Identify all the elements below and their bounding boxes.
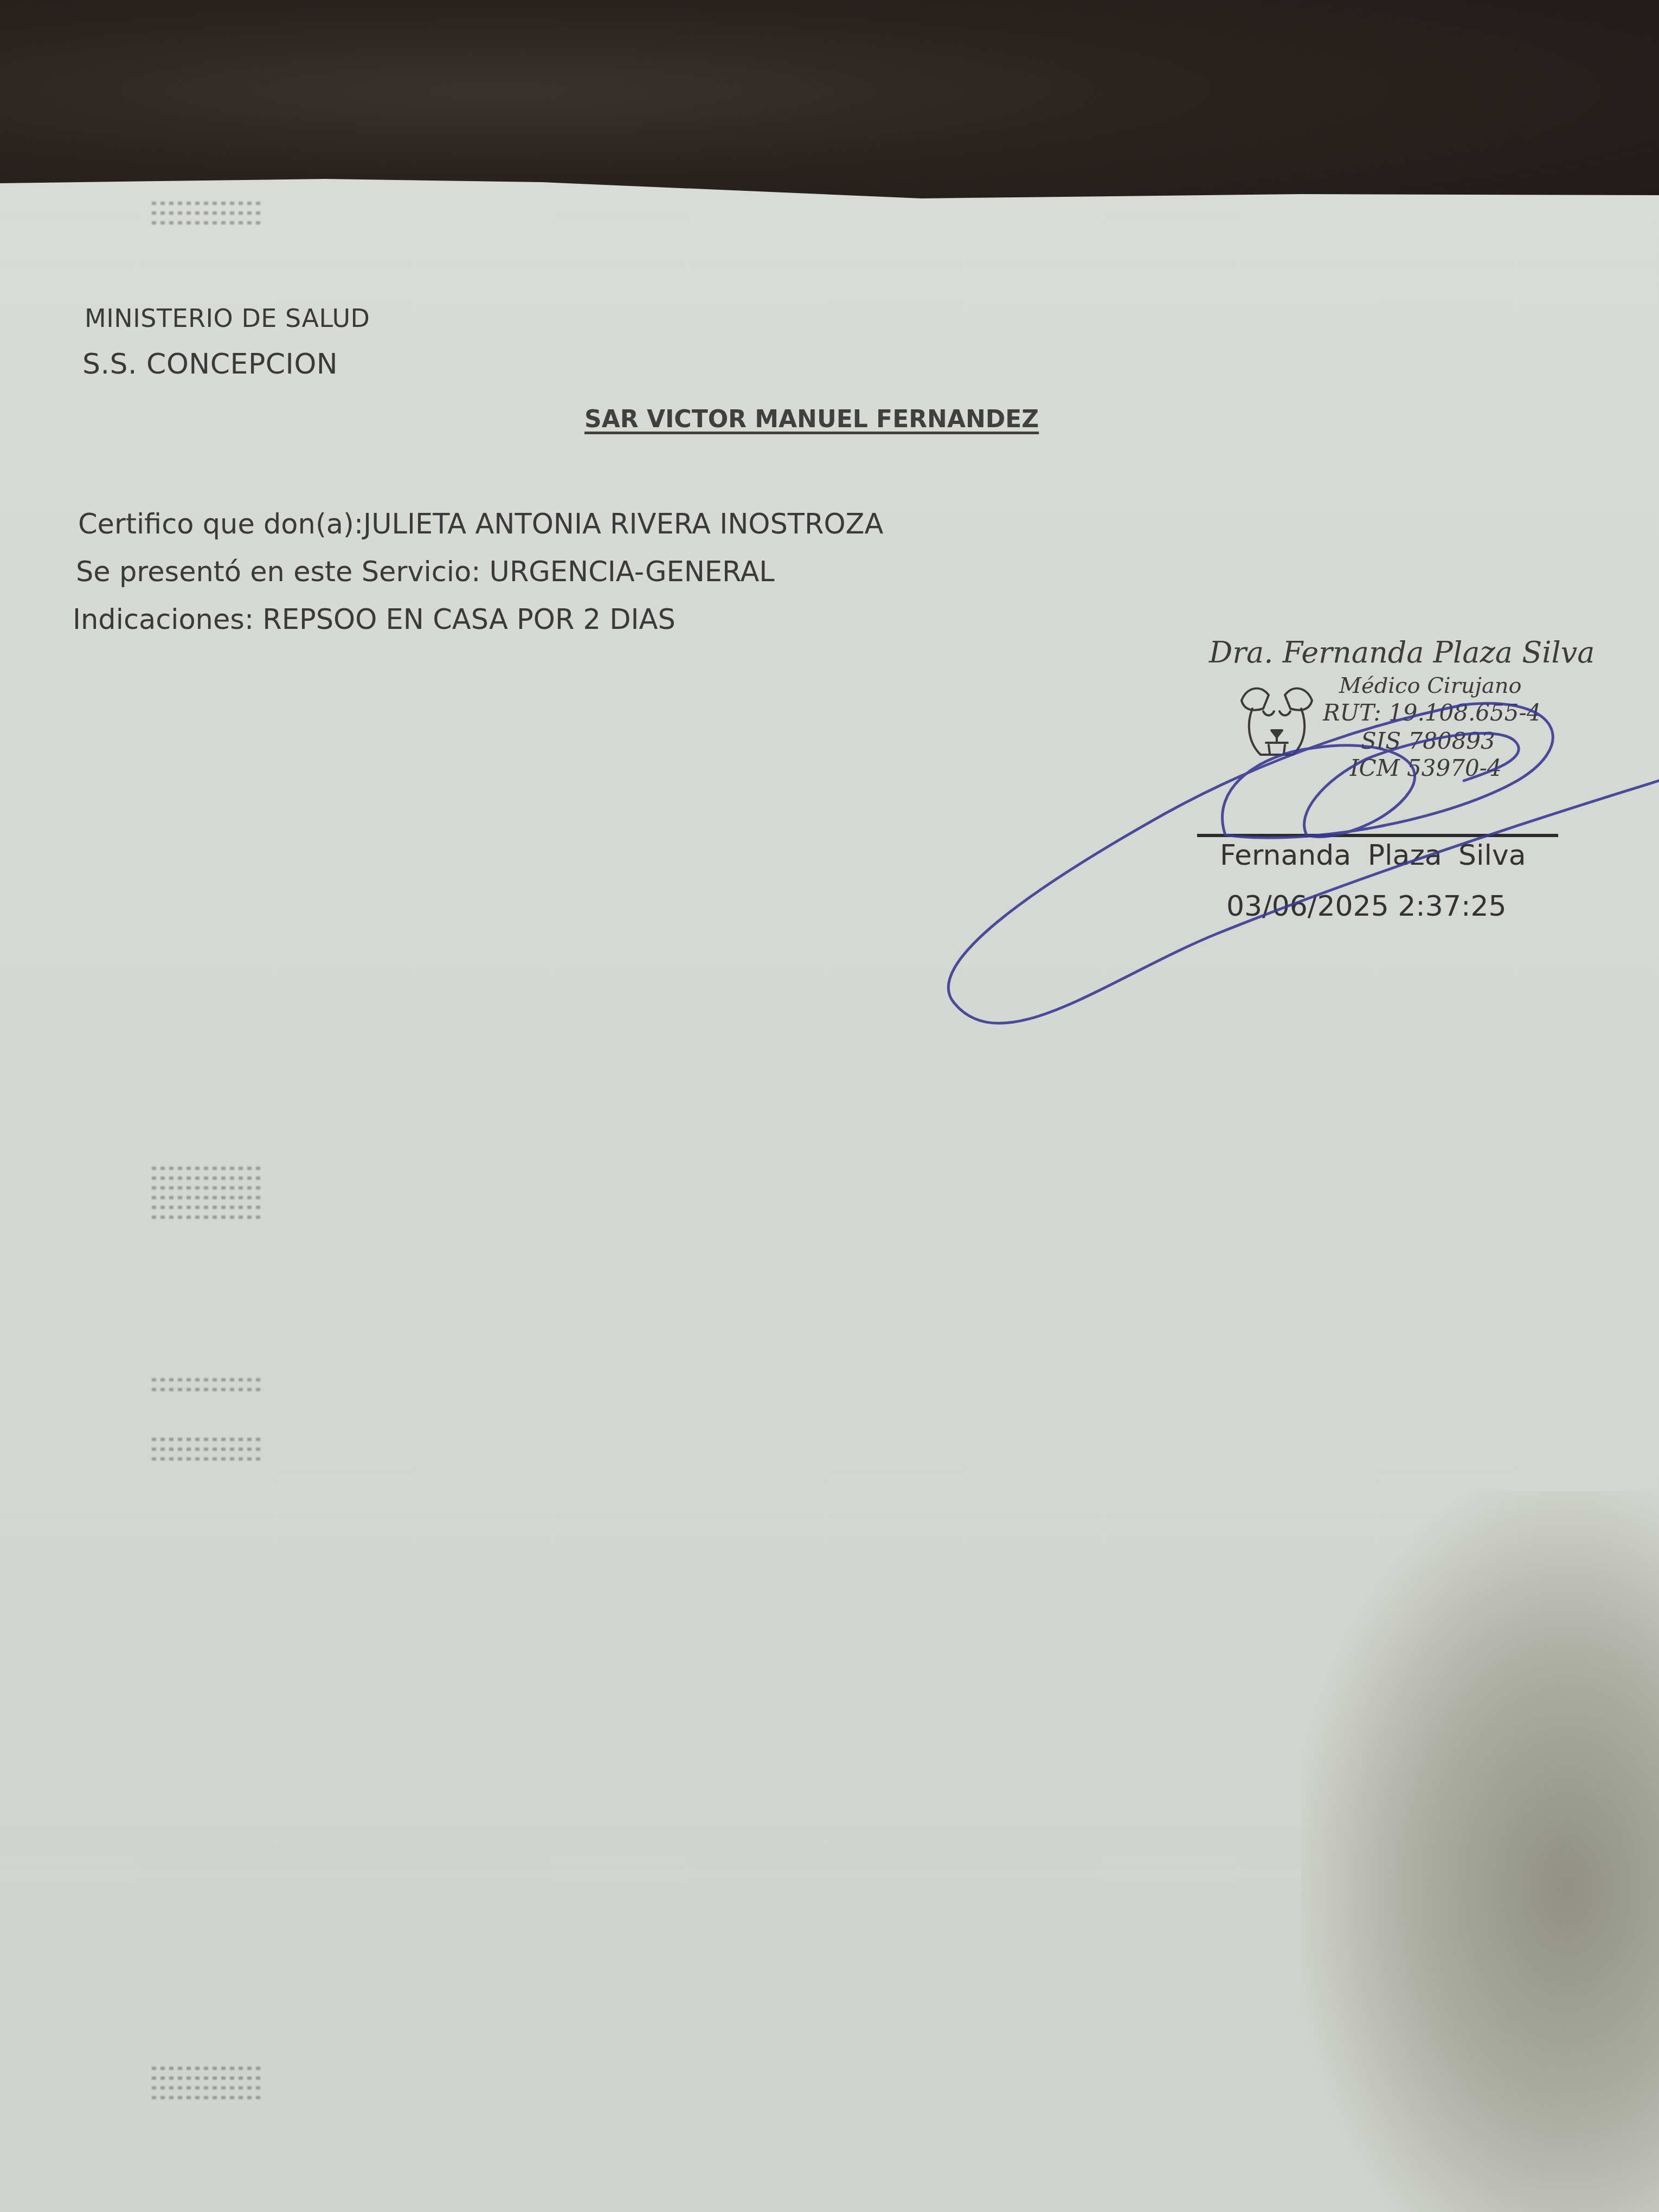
print-bleed-artifact	[152, 1431, 260, 1496]
signature-line	[1197, 834, 1558, 837]
doctor-stamp: Dra. Fernanda Plaza Silva Médico Cirujan…	[1204, 629, 1594, 792]
document-title: SAR VICTOR MANUEL FERNANDEZ	[584, 406, 1039, 433]
signer-name: Fernanda Plaza Silva	[1220, 839, 1526, 872]
certification-line: Certifico que don(a):JULIETA ANTONIA RIV…	[78, 509, 883, 541]
stamp-icm: ICM 53970-4	[1350, 755, 1502, 781]
stamp-rut: RUT: 19.108.655-4	[1323, 699, 1541, 726]
print-bleed-artifact	[152, 195, 260, 249]
print-bleed-artifact	[152, 1372, 260, 1404]
print-bleed-artifact	[152, 1160, 260, 1269]
indications-line: Indicaciones: REPSOO EN CASA POR 2 DIAS	[73, 604, 676, 636]
stamp-doctor-title: Médico Cirujano	[1339, 673, 1522, 698]
dog-face-icon	[1231, 679, 1323, 766]
print-bleed-artifact	[152, 2060, 260, 2147]
health-service-header: S.S. CONCEPCION	[82, 348, 338, 381]
service-line: Se presentó en este Servicio: URGENCIA-G…	[76, 556, 775, 588]
ministry-header: MINISTERIO DE SALUD	[85, 304, 370, 333]
stamp-sis: SIS 780893	[1361, 728, 1495, 754]
stamp-doctor-name: Dra. Fernanda Plaza Silva	[1209, 635, 1594, 670]
signature-datetime: 03/06/2025 2:37:25	[1226, 890, 1507, 923]
